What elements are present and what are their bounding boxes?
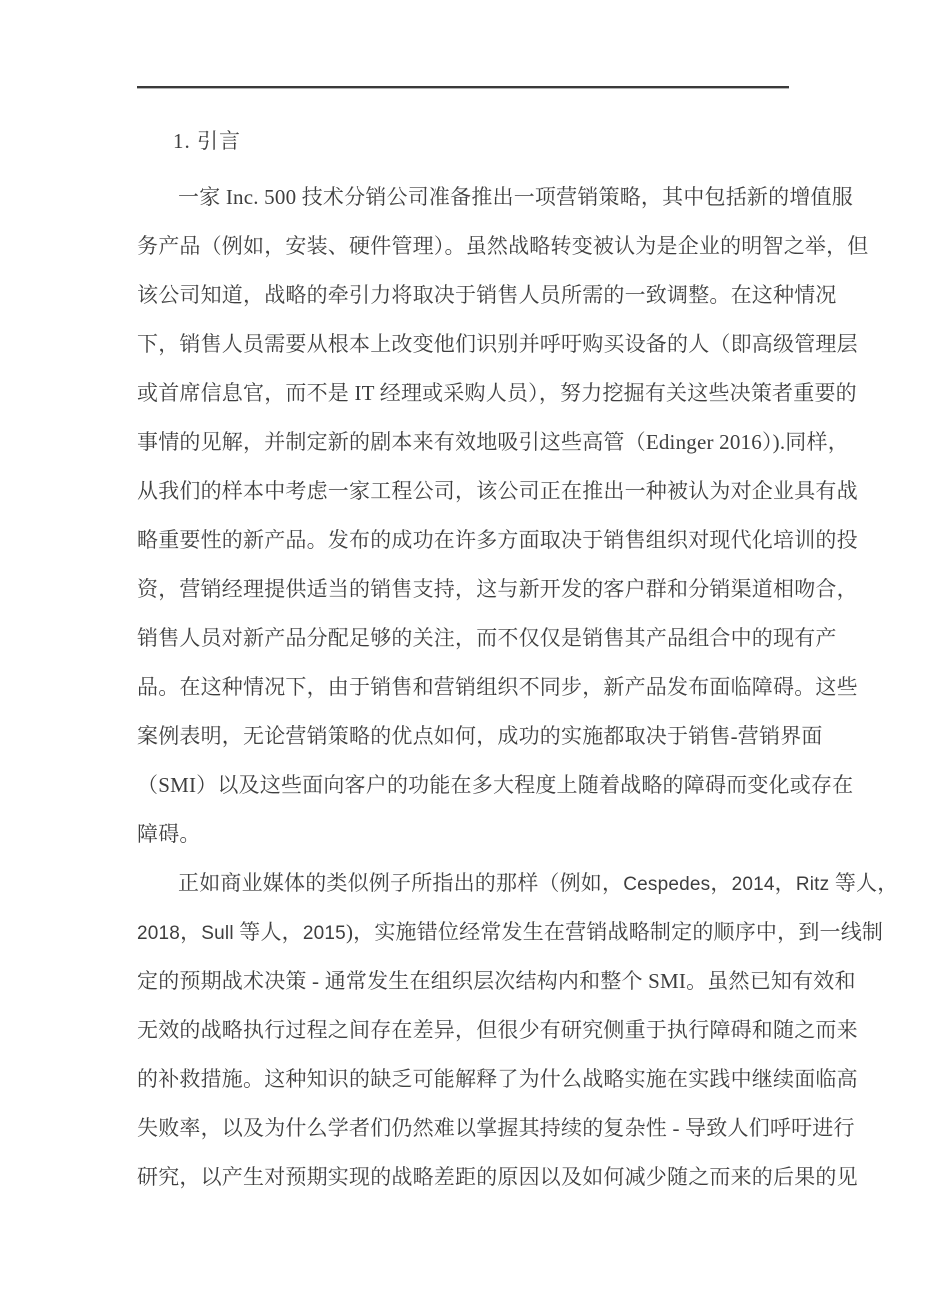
document-page: 1. 引言 一家 Inc. 500 技术分销公司准备推出一项营销策略，其中包括新…: [0, 0, 926, 1309]
text-line: 或首席信息官，而不是 IT 经理或采购人员），努力挖掘有关这些决策者重要的: [137, 369, 790, 418]
latin-text: 2014: [732, 874, 775, 895]
text-line: 正如商业媒体的类似例子所指出的那样（例如，Cespedes，2014，Ritz …: [137, 859, 790, 908]
text-line: 资，营销经理提供适当的销售支持，这与新开发的客户群和分销渠道相吻合，: [137, 565, 790, 614]
text-line: 下，销售人员需要从根本上改变他们识别并呼吁购买设备的人（即高级管理层: [137, 320, 790, 369]
text-line: 失败率，以及为什么学者们仍然难以掌握其持续的复杂性 - 导致人们呼吁进行: [137, 1104, 790, 1153]
latin-text: Edinger 2016: [646, 430, 762, 454]
document-body: 一家 Inc. 500 技术分销公司准备推出一项营销策略，其中包括新的增值服务产…: [137, 173, 790, 1202]
latin-text: SMI: [158, 773, 196, 797]
text-line: 该公司知道，战略的牵引力将取决于销售人员所需的一致调整。在这种情况: [137, 271, 790, 320]
header-rule: [137, 86, 789, 89]
text-line: （SMI）以及这些面向客户的功能在多大程度上随着战略的障碍而变化或存在: [137, 761, 790, 810]
latin-text: Ritz: [796, 874, 835, 895]
latin-text: Cespedes: [623, 874, 710, 895]
text-line: 从我们的样本中考虑一家工程公司，该公司正在推出一种被认为对企业具有战: [137, 467, 790, 516]
latin-text: SMI: [648, 969, 686, 993]
text-line: 无效的战略执行过程之间存在差异，但很少有研究侧重于执行障碍和随之而来: [137, 1006, 790, 1055]
text-line: 事情的见解，并制定新的剧本来有效地吸引这些高管（Edinger 2016）).同…: [137, 418, 790, 467]
text-line: 研究，以产生对预期实现的战略差距的原因以及如何减少随之而来的后果的见: [137, 1153, 790, 1202]
text-line: 定的预期战术决策 - 通常发生在组织层次结构内和整个 SMI。虽然已知有效和: [137, 957, 790, 1006]
text-line: 案例表明，无论营销策略的优点如何，成功的实施都取决于销售-营销界面: [137, 712, 790, 761]
text-line: 略重要性的新产品。发布的成功在许多方面取决于销售组织对现代化培训的投: [137, 516, 790, 565]
latin-text: Inc. 500: [226, 185, 302, 209]
text-line: 一家 Inc. 500 技术分销公司准备推出一项营销策略，其中包括新的增值服: [137, 173, 790, 222]
latin-text: Sull: [201, 923, 239, 944]
latin-text: 2015: [303, 923, 346, 944]
text-line: 销售人员对新产品分配足够的关注，而不仅仅是销售其产品组合中的现有产: [137, 614, 790, 663]
latin-text: 2018: [137, 923, 180, 944]
text-line: 务产品（例如，安装、硬件管理）。虽然战略转变被认为是企业的明智之举，但: [137, 222, 790, 271]
text-line: 的补救措施。这种知识的缺乏可能解释了为什么战略实施在实践中继续面临高: [137, 1055, 790, 1104]
section-heading: 1. 引言: [173, 124, 241, 158]
text-line: 障碍。: [137, 810, 790, 859]
latin-text: IT: [354, 381, 379, 405]
text-line: 2018，Sull 等人，2015)，实施错位经常发生在营销战略制定的顺序中，到…: [137, 908, 790, 957]
text-line: 品。在这种情况下，由于销售和营销组织不同步，新产品发布面临障碍。这些: [137, 663, 790, 712]
